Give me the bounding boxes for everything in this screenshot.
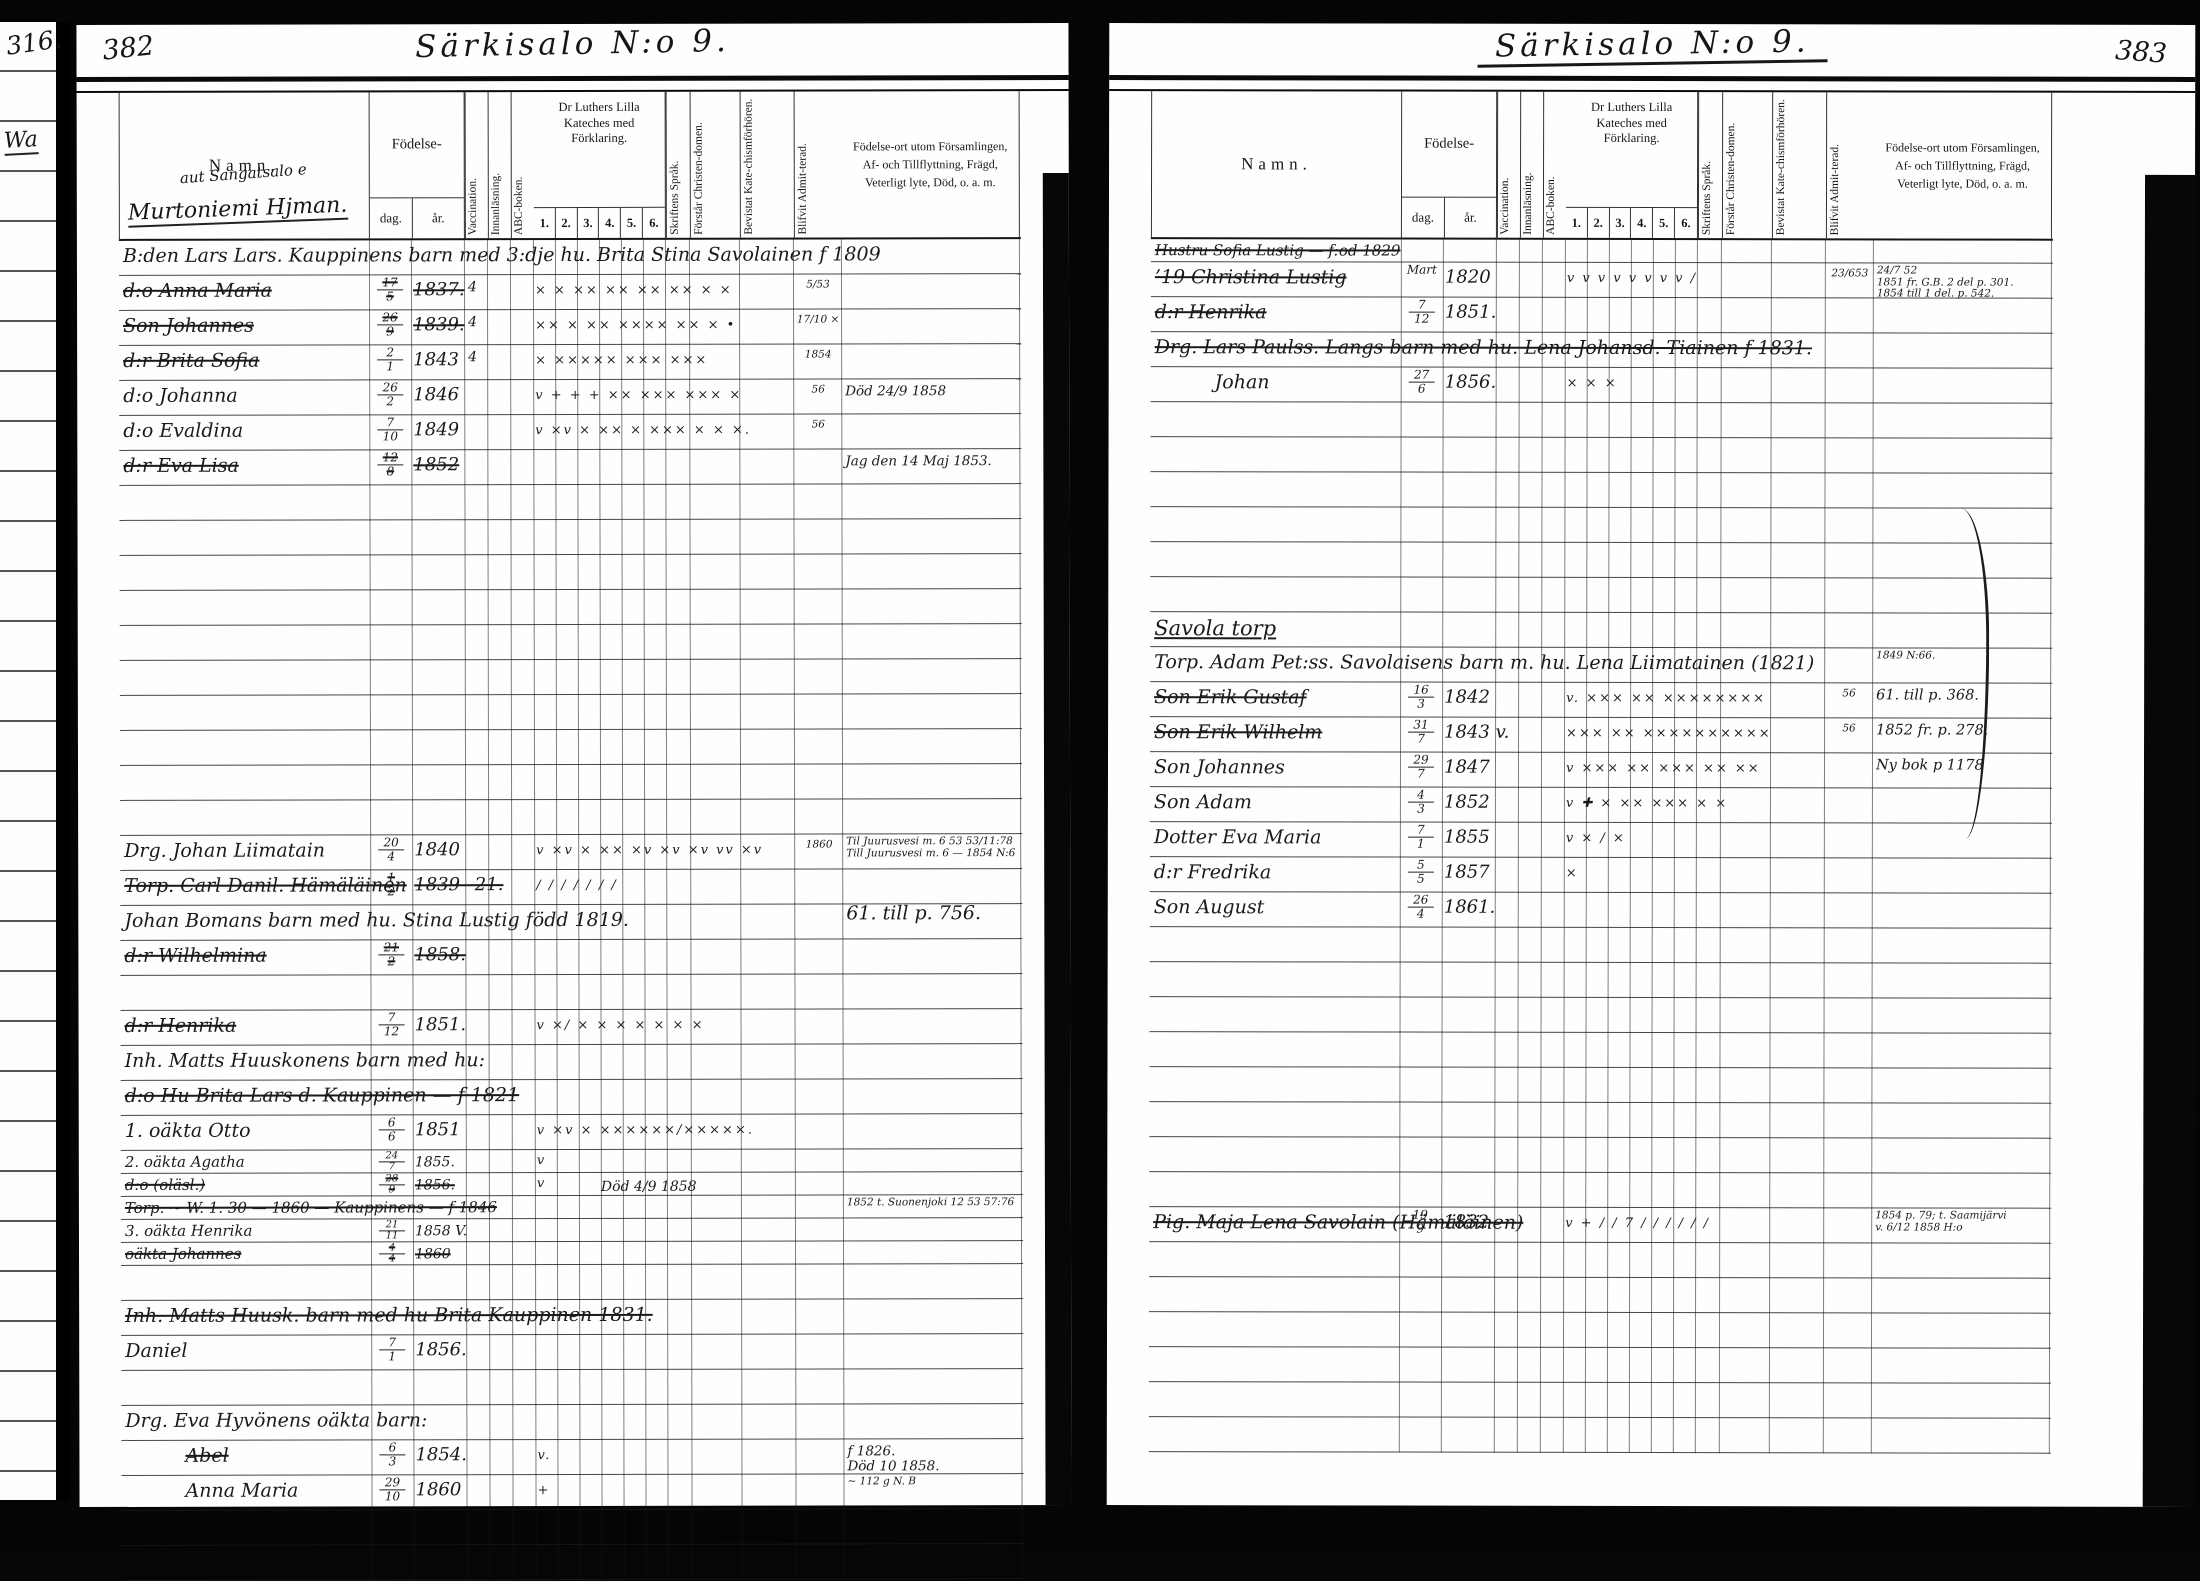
birth-year-cell: 1856. bbox=[415, 1339, 470, 1360]
name-cell: Son Johannes bbox=[1154, 756, 1285, 778]
name-cell: d:r Eva Lisa bbox=[123, 455, 238, 477]
name-cell: Johan bbox=[1215, 371, 1270, 393]
remark-cell: 24/7 52 1851 fr. G.B. 2 del p. 301. 1854… bbox=[1877, 265, 2049, 300]
remark-cell: Död 24/9 1858 bbox=[845, 384, 1017, 399]
table-row bbox=[1149, 1242, 2051, 1279]
birth-day-cell: 264 bbox=[1400, 894, 1442, 921]
name-cell: Johan Bomans barn med hu. Stina Lustig f… bbox=[124, 909, 629, 932]
admitted-cell: 56 bbox=[795, 384, 841, 395]
table-row: Son Johannes 269 1839. 4 ×× × ×× ×××× ××… bbox=[119, 309, 1021, 346]
table-row: Pig. Maja Lena Savolain (Hämäläinen) 199… bbox=[1149, 1207, 2051, 1244]
table-row bbox=[1150, 472, 2052, 509]
table-row bbox=[120, 554, 1022, 591]
right-table-body: Hustru Sofia Lustig — f:od 1829 ’19 Chri… bbox=[1149, 239, 2053, 1454]
birth-year-cell: 1858 V. bbox=[415, 1223, 470, 1239]
table-row bbox=[120, 729, 1022, 766]
exam-marks-cell: ××× ×× ×××××××××× bbox=[1566, 726, 1772, 741]
exam-marks-cell: v ×v × ×× ×v ×v ×v vv ×v bbox=[536, 843, 763, 858]
table-row: 3. oäkta Henrika 2111 1858 V. bbox=[121, 1218, 1023, 1243]
exam-marks-cell: × ××××× ××× ××× bbox=[535, 353, 708, 368]
prev-page-number: 316. bbox=[4, 24, 63, 60]
table-row: d:r Henrika 712 1851. bbox=[1151, 297, 2053, 334]
exam-marks-cell: / / / / / / / bbox=[536, 878, 617, 893]
table-row bbox=[1150, 542, 2052, 579]
table-row: d:o Evaldina 710 1849 v ×v × ×× × ××× × … bbox=[119, 414, 1021, 451]
table-row: Son Johannes 297 1847 v ××× ×× ××× ×× ××… bbox=[1150, 752, 2052, 789]
birth-day-cell: 44 bbox=[371, 1243, 413, 1264]
name-cell: Daniel bbox=[125, 1340, 187, 1362]
name-cell: d:o Hu Brita Lars d. Kauppinen — f 1821 bbox=[125, 1084, 520, 1107]
right-page-number: 383 bbox=[2115, 35, 2169, 70]
table-row bbox=[1149, 1067, 2051, 1104]
name-cell: Drg. Johan Liimatain bbox=[124, 840, 325, 862]
book-scan: 316. Wa 382 Särkisalo N:o 9. Namn. aut S… bbox=[0, 0, 2200, 1547]
birth-year-cell: 1852 bbox=[413, 454, 468, 475]
table-row: Torp. Adam Pet:ss. Savolaisens barn m. h… bbox=[1150, 647, 2052, 684]
right-rows: Hustru Sofia Lustig — f:od 1829 ’19 Chri… bbox=[1149, 239, 2053, 1454]
birth-day-cell: 212 bbox=[370, 941, 412, 968]
table-row bbox=[1150, 962, 2052, 999]
header-dag: dag. bbox=[370, 198, 413, 238]
left-rows: B:den Lars Lars. Kauppinens barn med 3:d… bbox=[119, 239, 1024, 1547]
admitted-cell: 1854 bbox=[795, 349, 841, 360]
header-fodelseort-remarks: Födelse-ort utom Församlingen, Af- och T… bbox=[842, 91, 1020, 237]
table-row: d:o Hu Brita Lars d. Kauppinen — f 1821 bbox=[121, 1079, 1023, 1116]
birth-day-cell: 247 bbox=[371, 1151, 413, 1172]
admitted-cell: 56 bbox=[1826, 723, 1872, 734]
table-row: Abel 63 1854. v. f 1826. Död 10 1858. bbox=[121, 1439, 1023, 1476]
name-cell: d:r Henrika bbox=[1155, 301, 1267, 323]
table-row: d:o (oläsl.) 289 1856. v Död 4/9 1858 bbox=[121, 1172, 1023, 1197]
table-row bbox=[1150, 507, 2052, 544]
birth-year-cell: 1843 v. bbox=[1444, 722, 1499, 743]
birth-day-cell: 297 bbox=[1400, 754, 1442, 781]
birth-year-cell: 1847 bbox=[1444, 757, 1499, 778]
exam-marks-cell: v + / / 7 / / / / / / bbox=[1565, 1216, 1710, 1231]
table-row: Son Erik Wilhelm 317 1843 v. ××× ×× ××××… bbox=[1150, 717, 2052, 754]
exam-marks-cell: v + + + ×× ××× ××× × bbox=[535, 388, 742, 403]
name-cell: Son Erik Gustaf bbox=[1154, 686, 1307, 708]
header-innanlasning: Innanläsning. bbox=[488, 92, 511, 238]
table-row bbox=[1150, 577, 2052, 614]
remark-cell: 1854 p. 79; t. Saamijärvi v. 6/12 1858 H… bbox=[1875, 1210, 2047, 1233]
table-row bbox=[1149, 1277, 2051, 1314]
header-abc-boken: ABC-boken. bbox=[511, 92, 534, 238]
birth-year-cell: 1851 bbox=[415, 1119, 470, 1140]
birth-day-cell: 43 bbox=[1400, 789, 1442, 816]
name-cell: Son August bbox=[1154, 896, 1265, 918]
birth-day-cell: 175 bbox=[369, 276, 411, 303]
table-row: d:r Henrika 712 1851. v ×/ × × × × × × × bbox=[121, 1009, 1023, 1046]
header-kateches: Dr Luthers Lilla Kateches med Förklaring… bbox=[534, 92, 666, 238]
left-page-title: Särkisalo N:o 9. bbox=[76, 16, 1069, 71]
header-fodelse: Födelse- dag. år. bbox=[370, 92, 465, 238]
table-row: Inh. Matts Huuskonens barn med hu: bbox=[121, 1044, 1023, 1081]
header-fodelseort-remarks: Födelse-ort utom Församlingen, Af- och T… bbox=[1874, 92, 2052, 238]
birth-year-cell: 1843 bbox=[413, 349, 468, 370]
header-blifvit-admitterad: Blifvit Admit-terad. bbox=[1826, 92, 1874, 238]
birth-day-cell: 55 bbox=[1400, 859, 1442, 886]
remark-cell: Jag den 14 Maj 1853. bbox=[845, 454, 1017, 469]
exam-marks-cell: v bbox=[537, 1153, 546, 1168]
birth-day-cell: 21 bbox=[369, 346, 411, 373]
table-row bbox=[120, 659, 1022, 696]
header-dag: dag. bbox=[1402, 198, 1445, 238]
header-ar: år. bbox=[413, 198, 464, 238]
header-blifvit-admitterad: Blifvit Admit-terad. bbox=[794, 91, 842, 237]
table-row: B:den Lars Lars. Kauppinens barn med 3:d… bbox=[119, 239, 1021, 276]
left-table-header: Namn. aut Sangatsalo e Murtoniemi Hjman.… bbox=[119, 91, 1021, 241]
birth-day-cell: 71 bbox=[1400, 824, 1442, 851]
table-row: Daniel 71 1856. bbox=[121, 1334, 1023, 1371]
table-row bbox=[119, 519, 1021, 556]
table-row bbox=[120, 974, 1022, 1011]
name-cell: d:o (oläsl.) bbox=[125, 1176, 205, 1194]
name-cell: d:o Evaldina bbox=[123, 420, 243, 442]
table-row bbox=[1150, 927, 2052, 964]
table-row: Dotter Eva Maria 71 1855 v × ∕ × bbox=[1150, 822, 2052, 859]
birth-year-cell: 1857 bbox=[1444, 862, 1499, 883]
header-forstar-christendomen: Förstår Christen-domen. bbox=[690, 92, 740, 238]
header-ar: år. bbox=[1445, 198, 1496, 238]
exam-marks-cell: v ××× ×× ××× ×× ×× bbox=[1566, 761, 1761, 776]
birth-year-cell: 1832 bbox=[1443, 1212, 1498, 1233]
exam-marks-cell: v ✚ × ×× ××× × × bbox=[1566, 796, 1728, 811]
exam-marks-cell: v ×v × ×× × ××× × × ×. bbox=[535, 423, 751, 438]
table-row: Son Adam 43 1852 v ✚ × ×× ××× × × bbox=[1150, 787, 2052, 824]
exam-marks-cell: v bbox=[537, 1176, 546, 1191]
exam-marks-cell: v v v v v v v v / bbox=[1567, 271, 1697, 286]
header-forstar-christendomen: Förstår Christen-domen. bbox=[1722, 92, 1772, 238]
table-row bbox=[1149, 1417, 2051, 1454]
birth-day-cell: 12 bbox=[370, 871, 412, 898]
left-table-body: B:den Lars Lars. Kauppinens barn med 3:d… bbox=[119, 239, 1024, 1547]
abc-cell: 4 bbox=[468, 279, 528, 295]
table-row: Johan 276 1856. × × × bbox=[1151, 367, 2053, 404]
table-row: Son August 264 1861. bbox=[1150, 892, 2052, 929]
birth-day-cell: 163 bbox=[1400, 684, 1442, 711]
table-row bbox=[1149, 1032, 2051, 1069]
birth-year-cell: 1852 bbox=[1444, 792, 1499, 813]
table-row bbox=[120, 589, 1022, 626]
name-cell: Inh. Matts Huusk. barn med hu Brita Kaup… bbox=[125, 1304, 653, 1327]
name-cell: Torp. Adam Pet:ss. Savolaisens barn m. h… bbox=[1154, 651, 1814, 674]
header-vaccination: Vaccination. bbox=[465, 92, 488, 238]
birth-year-cell: 1839 –21. bbox=[414, 874, 469, 895]
birth-year-cell: 1858. bbox=[414, 944, 469, 965]
left-page: 382 Särkisalo N:o 9. Namn. aut Sangatsal… bbox=[76, 23, 1071, 1507]
birth-year-cell: 1837. bbox=[413, 279, 468, 300]
table-row bbox=[120, 764, 1022, 801]
header-skriftens-sprak: Skriftens Språk. bbox=[1698, 92, 1722, 238]
abc-cell: 4 bbox=[468, 349, 528, 365]
right-title-band: Särkisalo N:o 9. 383 bbox=[1109, 23, 2195, 77]
name-cell: 2. oäkta Agatha bbox=[125, 1153, 245, 1171]
name-cell: d:r Brita Sofia bbox=[123, 350, 259, 372]
table-row: d:o Johanna 262 1846 v + + + ×× ××× ××× … bbox=[119, 379, 1021, 416]
table-row bbox=[1149, 1382, 2051, 1419]
header-kateches: Dr Luthers Lilla Kateches med Förklaring… bbox=[1566, 92, 1698, 238]
table-row: Hustru Sofia Lustig — f:od 1829 bbox=[1151, 239, 2053, 264]
exam-marks-cell: v ×v × ××××××/×××××. bbox=[537, 1123, 754, 1138]
table-row bbox=[121, 1264, 1023, 1301]
table-row bbox=[120, 624, 1022, 661]
table-row: d:r Fredrika 55 1857 × bbox=[1150, 857, 2052, 894]
table-row bbox=[1149, 1137, 2051, 1174]
table-row: Drg. Lars Paulss. Langs barn med hu. Len… bbox=[1151, 332, 2053, 369]
table-row: Drg. Eva Hyvönens oäkta barn: bbox=[121, 1404, 1023, 1441]
birth-year-cell: 1849 bbox=[413, 419, 468, 440]
table-row: Johan Bomans barn med hu. Stina Lustig f… bbox=[120, 904, 1022, 941]
header-skriftens-sprak: Skriftens Språk. bbox=[666, 92, 690, 238]
name-cell: Son Erik Wilhelm bbox=[1154, 721, 1322, 743]
table-row: 2. oäkta Agatha 247 1855. v bbox=[121, 1149, 1023, 1174]
table-row: 1. oäkta Otto 66 1851 v ×v × ××××××/××××… bbox=[121, 1114, 1023, 1151]
birth-day-cell: 63 bbox=[371, 1441, 413, 1468]
table-row: Savola torp bbox=[1150, 612, 2052, 649]
birth-day-cell: 317 bbox=[1400, 719, 1442, 746]
left-title-band: 382 Särkisalo N:o 9. bbox=[76, 23, 1068, 77]
birth-day-cell: 289 bbox=[371, 1174, 413, 1195]
birth-year-cell: 1820 bbox=[1445, 267, 1500, 288]
table-row: Torp. ~ W. 1. 30 — 1860 — Kauppinens — f… bbox=[121, 1195, 1023, 1220]
table-row bbox=[122, 1509, 1024, 1546]
exam-marks-cell: × × ×× ×× ×× ×× × × bbox=[535, 283, 733, 298]
admitted-cell: 5/53 bbox=[795, 279, 841, 290]
note-cell: Död 4/9 1858 bbox=[601, 1179, 697, 1195]
name-cell: Savola torp bbox=[1154, 616, 1276, 640]
exam-marks-cell: v. bbox=[537, 1448, 551, 1463]
exam-marks-cell: v. ××× ×× ×××××××× bbox=[1566, 691, 1766, 706]
center-gutter-shadow bbox=[2143, 175, 2197, 1507]
name-cell: 3. oäkta Henrika bbox=[125, 1222, 253, 1240]
table-row: d:r Eva Lisa 128 1852 Jag den 14 Maj 185… bbox=[119, 449, 1021, 486]
title-rule bbox=[1109, 75, 2195, 93]
header-vaccination: Vaccination. bbox=[1497, 92, 1520, 238]
table-row: oäkta Johannes 44 1860 bbox=[121, 1241, 1023, 1266]
header-bevistat-katechismforhoren: Bevistat Kate-chismförhören. bbox=[740, 92, 794, 238]
birth-day-cell: 269 bbox=[369, 311, 411, 338]
birth-day-cell: 2910 bbox=[371, 1476, 413, 1503]
birth-year-cell: 1854. bbox=[415, 1444, 470, 1465]
name-cell: d:r Fredrika bbox=[1154, 861, 1271, 883]
table-row: Torp. Carl Danil. Hämäläinen 12 1839 –21… bbox=[120, 869, 1022, 906]
admitted-cell: 56 bbox=[1826, 688, 1872, 699]
birth-day-cell: 276 bbox=[1401, 369, 1443, 396]
birth-day-cell: Mart bbox=[1401, 264, 1443, 277]
exam-marks-cell: ×× × ×× ×××× ×× × • bbox=[535, 318, 736, 333]
right-page-title: Särkisalo N:o 9. bbox=[1109, 17, 2195, 73]
name-cell: 1. oäkta Otto bbox=[125, 1120, 251, 1142]
birth-day-cell: 199 bbox=[1399, 1209, 1441, 1236]
name-cell: Drg. Lars Paulss. Langs barn med hu. Len… bbox=[1155, 336, 1812, 359]
birth-year-cell: 1851. bbox=[415, 1014, 470, 1035]
birth-day-cell: 712 bbox=[1401, 299, 1443, 326]
left-page-fold-shadow bbox=[1043, 173, 1072, 1505]
admitted-cell: 23/653 bbox=[1827, 268, 1873, 279]
header-bevistat-katechismforhoren: Bevistat Kate-chismförhören. bbox=[1772, 92, 1826, 238]
table-row bbox=[121, 1369, 1023, 1406]
header-innanlasning: Innanläsning. bbox=[1520, 92, 1543, 238]
birth-year-cell: 1860 bbox=[415, 1479, 470, 1500]
name-cell: d:o Anna Maria bbox=[123, 280, 272, 302]
table-row bbox=[1151, 437, 2053, 474]
name-cell: Hustru Sofia Lustig — f:od 1829 bbox=[1155, 241, 1401, 259]
birth-year-cell: 1840 bbox=[414, 839, 469, 860]
table-row: ’19 Christina Lustig Mart 1820 v v v v v… bbox=[1151, 262, 2053, 299]
prev-page-annotation: Wa bbox=[3, 127, 38, 156]
abc-cell: 4 bbox=[468, 314, 528, 330]
name-cell: d:r Henrika bbox=[125, 1015, 237, 1037]
birth-year-cell: 1855 bbox=[1444, 827, 1499, 848]
birth-year-cell: 1860 bbox=[415, 1246, 470, 1262]
birth-year-cell: 1861. bbox=[1444, 897, 1499, 918]
exam-marks-cell: × bbox=[1566, 866, 1579, 881]
name-cell: Son Adam bbox=[1154, 791, 1252, 813]
remark-cell: 1852 t. Suonenjoki 12 53 57:76 bbox=[847, 1197, 1019, 1209]
name-cell: ’19 Christina Lustig bbox=[1155, 266, 1347, 288]
table-row: Son Erik Gustaf 163 1842 v. ××× ×× ×××××… bbox=[1150, 682, 2052, 719]
birth-year-cell: 1842 bbox=[1444, 687, 1499, 708]
table-row bbox=[1149, 1172, 2051, 1209]
birth-year-cell: 1846 bbox=[413, 384, 468, 405]
birth-day-cell: 2111 bbox=[371, 1220, 413, 1241]
birth-day-cell: 262 bbox=[369, 381, 411, 408]
table-row: d:r Brita Sofia 21 1843 4 × ××××× ××× ××… bbox=[119, 344, 1021, 381]
exam-marks-cell: × × × bbox=[1567, 376, 1618, 391]
birth-year-cell: 1856. bbox=[1445, 372, 1500, 393]
header-fodelse: Födelse- dag. år. bbox=[1402, 92, 1497, 238]
name-cell: d:r Wilhelmina bbox=[124, 945, 266, 967]
name-annotation: Murtoniemi Hjman. bbox=[127, 193, 347, 228]
name-cell: Anna Maria bbox=[185, 1480, 298, 1502]
birth-year-cell: 1851. bbox=[1445, 302, 1500, 323]
birth-day-cell: 71 bbox=[371, 1336, 413, 1363]
name-cell: Inh. Matts Huuskonens barn med hu: bbox=[125, 1049, 485, 1072]
admitted-cell: 17/10 × bbox=[795, 314, 841, 325]
table-row bbox=[1149, 1102, 2051, 1139]
table-row: Drg. Johan Liimatain 204 1840 v ×v × ×× … bbox=[120, 834, 1022, 871]
birth-day-cell: 128 bbox=[369, 451, 411, 478]
admitted-cell: 56 bbox=[795, 419, 841, 430]
table-row: Inh. Matts Huusk. barn med hu Brita Kaup… bbox=[121, 1299, 1023, 1336]
remark-cell: ~ 112 g N. B bbox=[847, 1476, 1019, 1488]
name-cell: oäkta Johannes bbox=[125, 1245, 241, 1263]
remark-cell: 61. till p. 756. bbox=[846, 906, 1018, 921]
exam-marks-cell: v × ∕ × bbox=[1566, 831, 1626, 846]
table-row bbox=[120, 694, 1022, 731]
birth-day-cell: 710 bbox=[369, 416, 411, 443]
birth-year-cell: 1856. bbox=[415, 1177, 470, 1193]
birth-year-cell: 1839. bbox=[413, 314, 468, 335]
birth-day-cell: 712 bbox=[371, 1011, 413, 1038]
right-page: Särkisalo N:o 9. 383 Namn. Födelse- dag.… bbox=[1107, 23, 2196, 1507]
table-row bbox=[1149, 1347, 2051, 1384]
name-annotation-top: aut Sangatsalo e bbox=[179, 160, 307, 187]
table-row bbox=[120, 799, 1022, 836]
remark-cell: f 1826. Död 10 1858. bbox=[847, 1444, 1019, 1474]
name-cell: B:den Lars Lars. Kauppinens barn med 3:d… bbox=[123, 243, 881, 267]
header-namn: Namn. aut Sangatsalo e Murtoniemi Hjman. bbox=[120, 92, 370, 239]
exam-marks-cell: v ×/ × × × × × × × bbox=[537, 1018, 705, 1033]
admitted-cell: 1860 bbox=[796, 839, 842, 850]
remark-cell: Til Juurusvesi m. 6 53 53/11:78 Till Juu… bbox=[846, 836, 1018, 859]
name-cell: Drg. Eva Hyvönens oäkta barn: bbox=[125, 1409, 427, 1432]
birth-day-cell: 204 bbox=[370, 836, 412, 863]
previous-page-edge: 316. Wa bbox=[0, 22, 70, 1500]
birth-day-cell: 66 bbox=[371, 1116, 413, 1143]
name-cell: Son Johannes bbox=[123, 315, 254, 337]
exam-marks-cell: + bbox=[538, 1483, 551, 1498]
table-row bbox=[1151, 402, 2053, 439]
name-cell: d:o Johanna bbox=[123, 385, 238, 407]
header-namn: Namn. bbox=[1152, 91, 1402, 237]
table-row: Anna Maria 2910 1860 + ~ 112 g N. B bbox=[121, 1474, 1023, 1511]
table-row bbox=[119, 484, 1021, 521]
name-cell: Dotter Eva Maria bbox=[1154, 826, 1322, 848]
name-cell: Abel bbox=[185, 1445, 228, 1467]
right-table-header: Namn. Födelse- dag. år. Vaccination. Inn… bbox=[1151, 91, 2053, 241]
table-row: d:r Wilhelmina 212 1858. bbox=[120, 939, 1022, 976]
name-cell: Torp. ~ W. 1. 30 — 1860 — Kauppinens — f… bbox=[125, 1198, 497, 1217]
header-abc-boken: ABC-boken. bbox=[1543, 92, 1566, 238]
name-cell: Torp. Carl Danil. Hämäläinen bbox=[124, 874, 407, 897]
birth-year-cell: 1855. bbox=[415, 1154, 470, 1170]
table-row: d:o Anna Maria 175 1837. 4 × × ×× ×× ×× … bbox=[119, 274, 1021, 311]
table-row bbox=[1149, 1312, 2051, 1349]
table-row bbox=[1150, 997, 2052, 1034]
